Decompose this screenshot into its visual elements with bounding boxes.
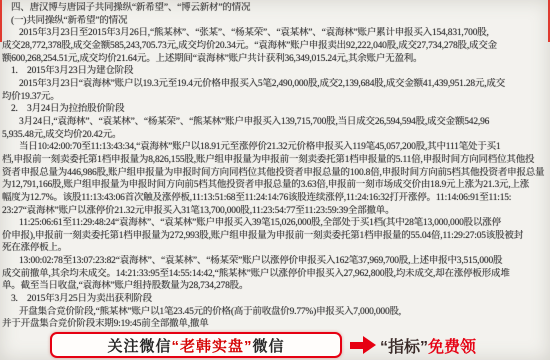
wechat-watermark-box: 关注微信“老韩实盘”微信	[50, 332, 342, 358]
watermark-cta-quoted: “指标”	[380, 339, 428, 356]
document-line: 为12,791,166股,账户组申报量为申报时间方向前5档其他投资者申报总量的3…	[2, 179, 547, 192]
document-line: 开盘集合竞价阶段,“熊某林”账户以1笔23.45元的价格(高于前收盘价9.77%…	[2, 306, 547, 319]
document-line: 资者申报总量为446,986股,账户组申报量为申报时间方向同档位其他投资者申报总…	[2, 167, 547, 180]
document-line: 当日10:42:00:70至11:13:43:34,“袁海林”账户以18.91元…	[2, 141, 547, 154]
watermark-cta: “指标”免费领	[380, 334, 476, 357]
document-line: 5,935.48元,成交均价20.42元。	[2, 129, 547, 142]
arrow-shaft	[350, 342, 363, 349]
watermark-suffix: 微信	[253, 335, 285, 356]
document-line: 3. 2015年3月25日为卖出获利阶段	[2, 293, 547, 306]
watermark-account-name: “老韩实盘”	[171, 335, 252, 356]
document-line: 额600,268,254.51元,成交均价21.64元。上述期间“袁海林”账户共…	[2, 53, 547, 66]
arrow-head	[363, 336, 376, 354]
document-lines: 四、唐汉博与唐园子共同操纵“新希望”、“博云新材”的情况(一)共同操纵“新希望”…	[2, 2, 547, 331]
document-line: 价申报),申报前一刻卖委托第1档申报量为272,993股,账户组申报量为申报前一…	[2, 230, 547, 243]
watermark-prefix: 关注微信	[107, 335, 171, 356]
watermark-cta-action: 免费领	[428, 339, 476, 356]
document-line: 单。截至当日收盘,“袁海林”账户组持股数量为28,734,278股。	[2, 280, 547, 293]
document-line: 均价19.37元。	[2, 91, 547, 104]
document-line: 13:00:02:78至13:07:23:82“袁海林”、“袁某林”、“杨某荣”…	[2, 255, 547, 268]
wechat-watermark: 关注微信“老韩实盘”微信 “指标”免费领	[50, 331, 546, 359]
document-line: 3月24日,“袁海林”、“袁某林”、“杨某荣”、“熊某林”账户申报买入139,7…	[2, 116, 547, 129]
document-line: 四、唐汉博与唐园子共同操纵“新希望”、“博云新材”的情况	[2, 2, 547, 15]
document-line: 成交28,772,378股,成交金额585,243,705.73元,成交均价20…	[2, 40, 547, 53]
document-line: 2015年3月23日至2015年3月26日,“熊某林”、“张某”、“杨某荣”、“…	[2, 27, 547, 40]
document-line: 23:27“袁海林”账户以涨停价21.32元申报买入31笔13,700,000股…	[2, 205, 547, 218]
document-line: 并于开盘集合竞价阶段末期9:19:45前全部撤单,撤单	[2, 318, 547, 331]
document-line: 成交前撤单,其余均未成交。14:21:33:95至14:55:14:42,“熊某…	[2, 268, 547, 281]
document-line: 死在涨停板上。	[2, 242, 547, 255]
document-line: 2015年3月23日“袁海林”账户以19.3元至19.4元价格申报买入5笔2,4…	[2, 78, 547, 91]
document-line: 1. 2015年3月23日为建仓阶段	[2, 65, 547, 78]
document-line: (一)共同操纵“新希望”的情况	[2, 15, 547, 28]
document-line: 档,申报前一刻卖委托第1档申报量为8,826,155股,账户组申报量为申报前一刻…	[2, 154, 547, 167]
document-page: 四、唐汉博与唐园子共同操纵“新希望”、“博云新材”的情况(一)共同操纵“新希望”…	[0, 0, 550, 360]
document-line: 11:25:06:61至11:29:48:24“袁海林”、“袁某林”账户申报买入…	[2, 217, 547, 230]
document-line: 2. 3月24日为拉抬股价阶段	[2, 103, 547, 116]
right-arrow-icon	[350, 336, 376, 354]
document-line: 幅度为12.7%。该股11:13:43:06首次触及涨停板,11:13:51:6…	[2, 192, 547, 205]
